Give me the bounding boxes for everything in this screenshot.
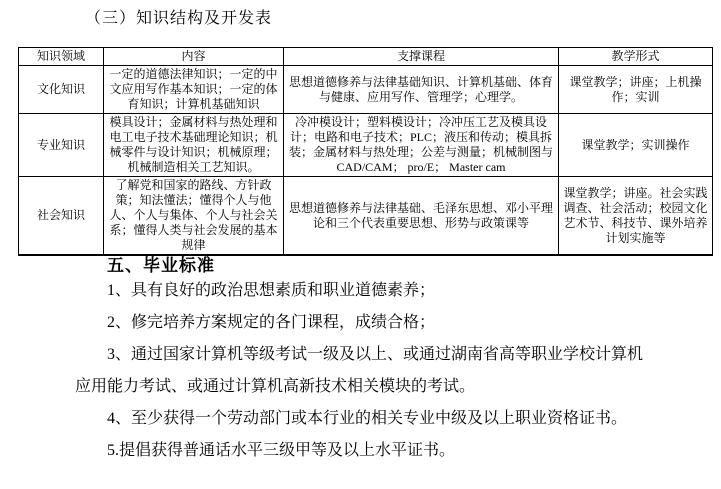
table-row-professional-knowledge: 专业知识 模具设计；金属材料与热处理和电工电子技术基础理论知识；机械零件与设计知…	[19, 114, 713, 177]
cell-content: 一定的道德法律知识；一定的中文应用写作基本知识；一定的体育知识；计算机基础知识	[104, 66, 284, 114]
graduation-standards-list: 1、具有良好的政治思想素质和职业道德素养； 2、修完培养方案规定的各门课程，成绩…	[75, 275, 695, 467]
cell-courses: 冷冲模设计；塑料模设计；冷冲压工艺及模具设计；电路和电子技术；PLC；液压和传动…	[284, 114, 559, 177]
cell-content: 模具设计；金属材料与热处理和电工电子技术基础理论知识；机械零件与设计知识；机械原…	[104, 114, 284, 177]
section-title: （三）知识结构及开发表	[85, 8, 272, 30]
standard-item-3-line-2: 应用能力考试、或通过计算机高新技术相关模块的考试。	[75, 371, 695, 403]
standard-item-2: 2、修完培养方案规定的各门课程，成绩合格；	[75, 307, 695, 339]
cell-teaching-forms: 课堂教学；讲座；上机操作；实训	[559, 66, 713, 114]
column-header-content: 内容	[104, 48, 284, 66]
cell-domain: 文化知识	[19, 66, 104, 114]
knowledge-structure-table: 知识领域 内容 支撑课程 教学形式 文化知识 一定的道德法律知识；一定的中文应用…	[18, 47, 713, 256]
cell-domain: 专业知识	[19, 114, 104, 177]
graduation-standards-heading: 五、毕业标准	[107, 256, 215, 276]
cell-teaching-forms: 课堂教学；实训操作	[559, 114, 713, 177]
cell-courses: 思想道德修养与法律基础知识、计算机基础、体育与健康、应用写作、管理学；心理学。	[284, 66, 559, 114]
table-row-cultural-knowledge: 文化知识 一定的道德法律知识；一定的中文应用写作基本知识；一定的体育知识；计算机…	[19, 66, 713, 114]
column-header-teaching-form: 教学形式	[559, 48, 713, 66]
standard-item-1: 1、具有良好的政治思想素质和职业道德素养；	[75, 275, 695, 307]
standard-item-3-line-1: 3、通过国家计算机等级考试一级及以上、或通过湖南省高等职业学校计算机	[75, 339, 695, 371]
column-header-supporting-courses: 支撑课程	[284, 48, 559, 66]
cell-courses: 思想道德修养与法律基础、毛泽东思想、邓小平理论和三个代表重要思想、形势与政策课等	[284, 177, 559, 256]
cell-content: 了解党和国家的路线、方针政策；知法懂法；懂得个人与他人、个人与集体、个人与社会关…	[104, 177, 284, 256]
standard-item-4: 4、至少获得一个劳动部门或本行业的相关专业中级及以上职业资格证书。	[75, 403, 695, 435]
table-header-row: 知识领域 内容 支撑课程 教学形式	[19, 48, 713, 66]
column-header-knowledge-domain: 知识领域	[19, 48, 104, 66]
cell-domain: 社会知识	[19, 177, 104, 256]
cell-teaching-forms: 课堂教学；讲座。社会实践调查、社会活动；校园文化艺术节、科技节、课外培养计划实施…	[559, 177, 713, 256]
document-page: （三）知识结构及开发表 知识领域 内容 支撑课程 教学形式 文化知识 一定的道德…	[0, 0, 721, 489]
table-row-social-knowledge: 社会知识 了解党和国家的路线、方针政策；知法懂法；懂得个人与他人、个人与集体、个…	[19, 177, 713, 256]
standard-item-5: 5.提倡获得普通话水平三级甲等及以上水平证书。	[75, 435, 695, 467]
